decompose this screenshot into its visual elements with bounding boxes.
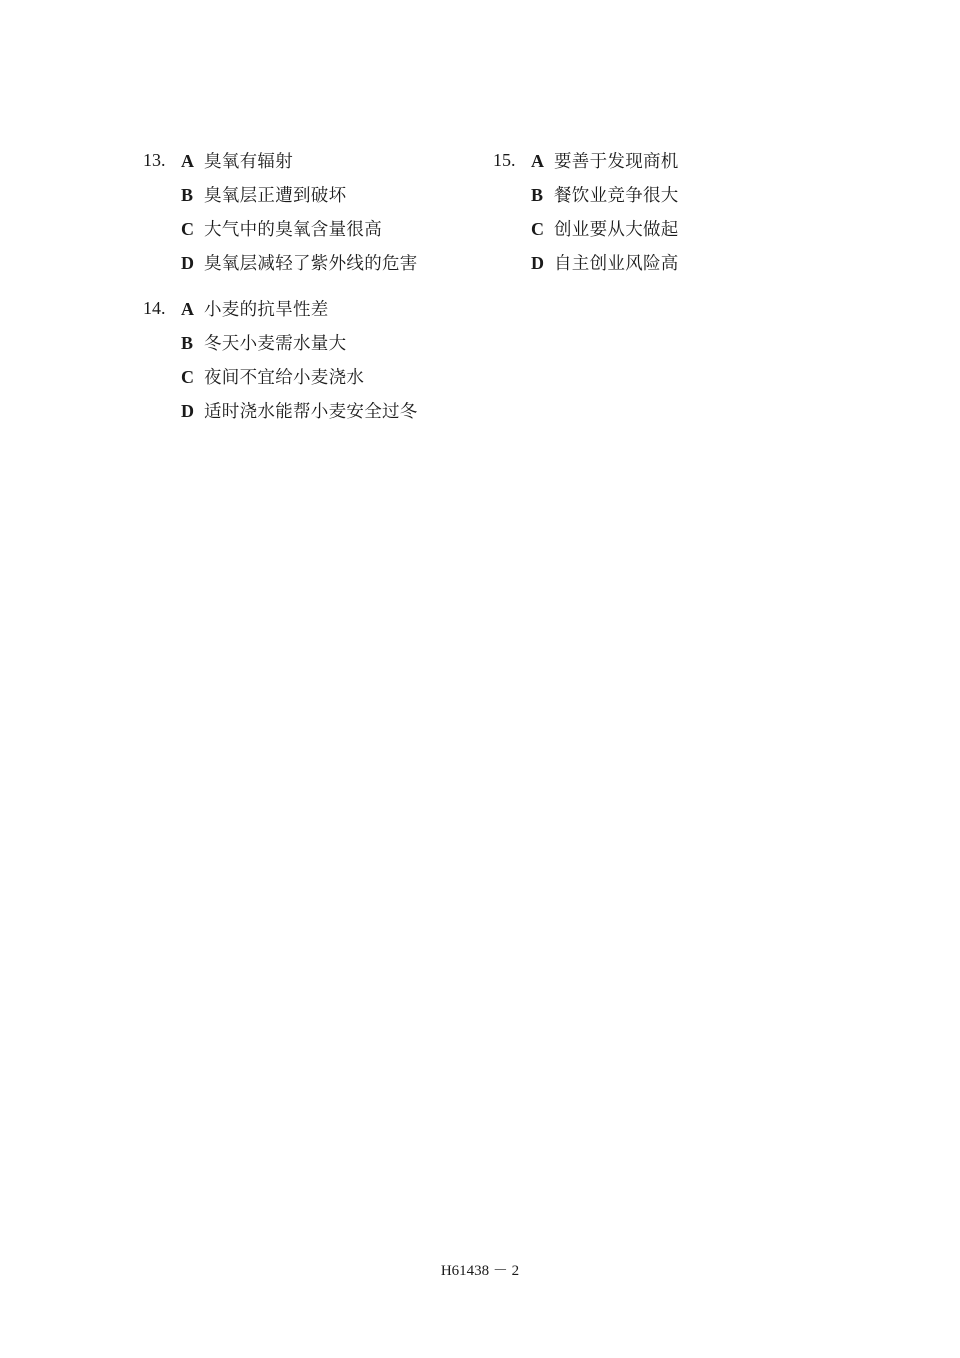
option-c: C夜间不宜给小麦浇水 <box>181 366 364 400</box>
option-letter: B <box>181 184 204 206</box>
option-text: 小麦的抗旱性差 <box>204 300 329 320</box>
option-text: 夜间不宜给小麦浇水 <box>204 368 364 388</box>
option-letter: D <box>181 400 204 422</box>
question-number: 15. <box>493 150 516 171</box>
footer-separator: － <box>493 1263 508 1279</box>
option-text: 大气中的臭氧含量很高 <box>204 220 382 240</box>
option-text: 臭氧层正遭到破坏 <box>204 186 346 206</box>
option-text: 冬天小麦需水量大 <box>204 334 346 354</box>
option-letter: C <box>181 366 204 388</box>
option-d: D臭氧层减轻了紫外线的危害 <box>181 252 418 286</box>
option-b: B臭氧层正遭到破坏 <box>181 184 346 218</box>
option-letter: D <box>531 252 554 274</box>
page-footer: H61438 － 2 <box>0 1259 960 1280</box>
page-number: 2 <box>512 1263 520 1279</box>
document-code: H61438 <box>441 1263 489 1279</box>
option-letter: A <box>181 150 204 172</box>
option-b: B餐饮业竞争很大 <box>531 184 679 218</box>
option-letter: B <box>181 332 204 354</box>
option-letter: C <box>181 218 204 240</box>
option-text: 适时浇水能帮小麦安全过冬 <box>204 402 418 422</box>
option-c: C大气中的臭氧含量很高 <box>181 218 382 252</box>
option-text: 臭氧层减轻了紫外线的危害 <box>204 254 418 274</box>
option-text: 创业要从大做起 <box>554 220 679 240</box>
option-letter: A <box>181 298 204 320</box>
option-b: B冬天小麦需水量大 <box>181 332 346 366</box>
option-letter: C <box>531 218 554 240</box>
option-a: A臭氧有辐射 <box>181 150 293 184</box>
option-letter: D <box>181 252 204 274</box>
option-d: D适时浇水能帮小麦安全过冬 <box>181 400 418 434</box>
option-a: A小麦的抗旱性差 <box>181 298 329 332</box>
option-letter: A <box>531 150 554 172</box>
option-text: 自主创业风险高 <box>554 254 679 274</box>
question-number: 14. <box>143 298 166 319</box>
option-text: 餐饮业竞争很大 <box>554 186 679 206</box>
option-text: 要善于发现商机 <box>554 152 679 172</box>
option-d: D自主创业风险高 <box>531 252 679 286</box>
option-text: 臭氧有辐射 <box>204 152 293 172</box>
option-c: C创业要从大做起 <box>531 218 679 252</box>
option-a: A要善于发现商机 <box>531 150 679 184</box>
question-number: 13. <box>143 150 166 171</box>
option-letter: B <box>531 184 554 206</box>
